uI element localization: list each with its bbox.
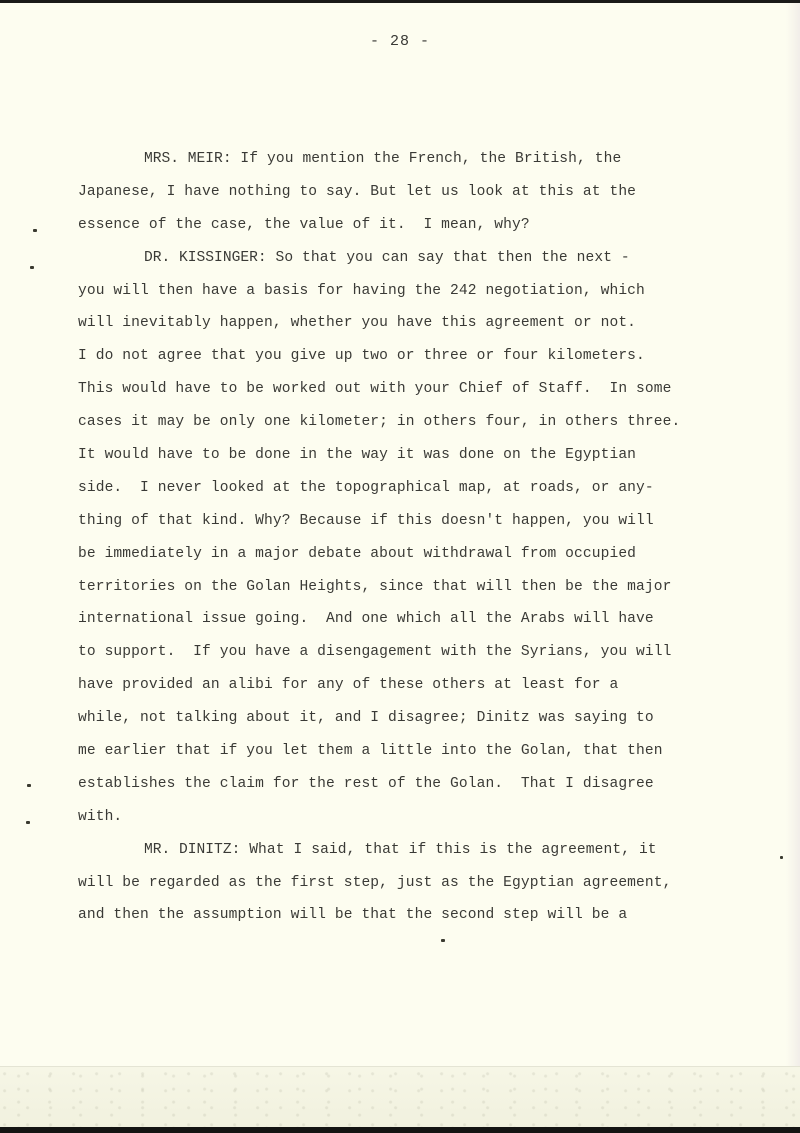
text-line: essence of the case, the value of it. I … xyxy=(78,209,778,242)
text-line: with. xyxy=(78,801,778,834)
transcript-body: MRS. MEIR: If you mention the French, th… xyxy=(78,143,778,932)
text-line: while, not talking about it, and I disag… xyxy=(78,702,778,735)
margin-mark xyxy=(30,266,34,269)
scan-top-edge xyxy=(0,0,800,3)
speck-mark xyxy=(441,939,445,942)
text-line: have provided an alibi for any of these … xyxy=(78,669,778,702)
text-line: international issue going. And one which… xyxy=(78,603,778,636)
text-line: will inevitably happen, whether you have… xyxy=(78,307,778,340)
page-number: - 28 - xyxy=(0,33,800,50)
speech-text: If you mention the French, the British, … xyxy=(232,151,622,167)
text-line: territories on the Golan Heights, since … xyxy=(78,571,778,604)
text-line: thing of that kind. Why? Because if this… xyxy=(78,505,778,538)
scan-right-shadow xyxy=(786,3,800,1127)
text-line: Japanese, I have nothing to say. But let… xyxy=(78,176,778,209)
scan-bottom-edge xyxy=(0,1127,800,1133)
text-line: It would have to be done in the way it w… xyxy=(78,439,778,472)
text-line: and then the assumption will be that the… xyxy=(78,899,778,932)
speaker-label: DR. KISSINGER: xyxy=(144,250,267,266)
text-line: will be regarded as the first step, just… xyxy=(78,867,778,900)
margin-mark xyxy=(33,229,37,232)
text-line: cases it may be only one kilometer; in o… xyxy=(78,406,778,439)
text-line: you will then have a basis for having th… xyxy=(78,275,778,308)
paragraph-kissinger-line-1: DR. KISSINGER: So that you can say that … xyxy=(78,242,778,275)
speaker-label: MRS. MEIR: xyxy=(144,151,232,167)
speck-mark xyxy=(780,856,783,859)
text-line: to support. If you have a disengagement … xyxy=(78,636,778,669)
margin-mark xyxy=(27,784,31,787)
paragraph-meir-line-1: MRS. MEIR: If you mention the French, th… xyxy=(78,143,778,176)
text-line: establishes the claim for the rest of th… xyxy=(78,768,778,801)
text-line: I do not agree that you give up two or t… xyxy=(78,340,778,373)
scan-bottom-strip xyxy=(0,1066,800,1129)
speech-text: What I said, that if this is the agreeme… xyxy=(240,842,656,858)
text-line: side. I never looked at the topographica… xyxy=(78,472,778,505)
paragraph-dinitz-line-1: MR. DINITZ: What I said, that if this is… xyxy=(78,834,778,867)
margin-mark xyxy=(26,821,30,824)
text-line: This would have to be worked out with yo… xyxy=(78,373,778,406)
text-line: me earlier that if you let them a little… xyxy=(78,735,778,768)
text-line: be immediately in a major debate about w… xyxy=(78,538,778,571)
speaker-label: MR. DINITZ: xyxy=(144,842,240,858)
speech-text: So that you can say that then the next - xyxy=(267,250,630,266)
